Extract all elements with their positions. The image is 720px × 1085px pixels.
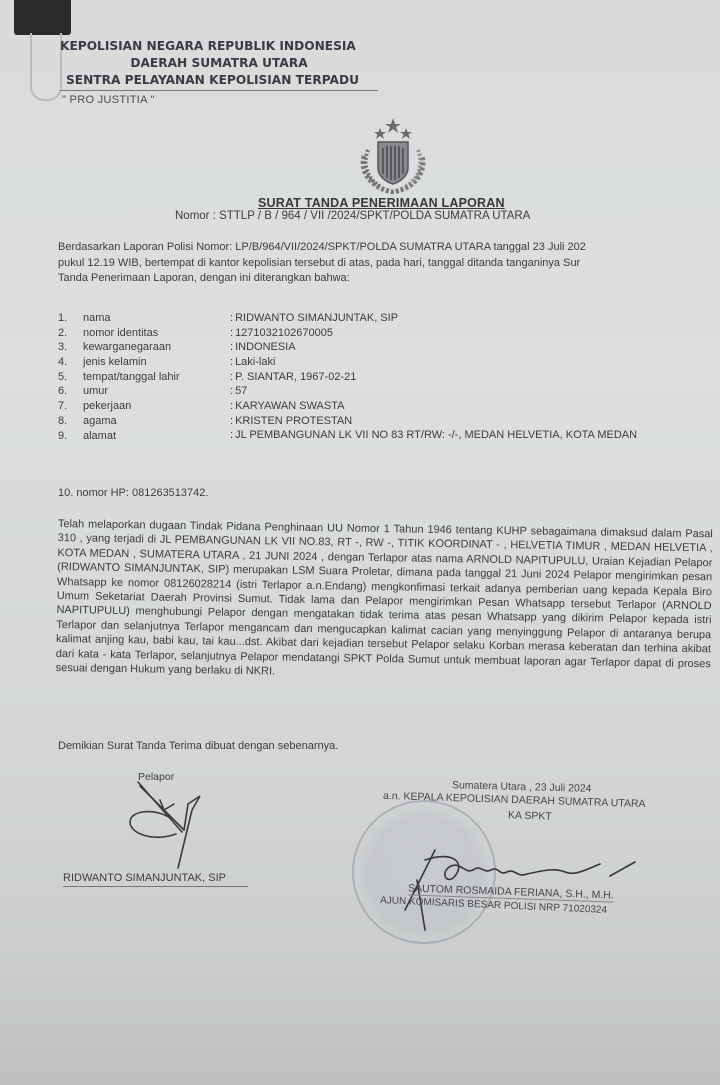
detail-row: 3.kewarganegaraanINDONESIA: [58, 340, 700, 355]
report-body: Telah melaporkan dugaan Tindak Pidana Pe…: [56, 517, 713, 686]
detail-row: 6.umur57: [58, 384, 700, 399]
detail-label: kewarganegaraan: [83, 340, 228, 355]
detail-number: 4.: [58, 355, 83, 370]
detail-value: 1271032102670005: [228, 326, 333, 341]
detail-number: 3.: [58, 340, 83, 355]
reporter-details: 1.namaRIDWANTO SIMANJUNTAK, SIP 2.nomor …: [58, 311, 700, 457]
detail-label: jenis kelamin: [83, 355, 228, 370]
detail-label: umur: [83, 384, 228, 399]
pro-justitia-tagline: " PRO JUSTITIA ": [62, 94, 155, 106]
detail-number: 1.: [58, 311, 83, 326]
detail-label: pekerjaan: [83, 399, 228, 414]
binder-clip-wire: [30, 33, 62, 101]
intro-line: pukul 12.19 WIB, bertempat di kantor kep…: [58, 256, 586, 272]
detail-label: tempat/tanggal lahir: [83, 370, 228, 385]
paper-shadow: [0, 940, 720, 1085]
detail-value: KARYAWAN SWASTA: [228, 399, 344, 414]
detail-row: 4.jenis kelaminLaki-laki: [58, 355, 700, 370]
detail-number: 5.: [58, 370, 83, 385]
detail-row: 9.alamatJL PEMBANGUNAN LK VII NO 83 RT/R…: [58, 429, 700, 457]
detail-row: 7.pekerjaanKARYAWAN SWASTA: [58, 399, 700, 414]
detail-number: 7.: [58, 399, 83, 414]
letterhead-line-3: SENTRA PELAYANAN KEPOLISIAN TERPADU: [60, 72, 378, 91]
detail-label: nomor identitas: [83, 326, 228, 341]
closing-statement: Demikian Surat Tanda Terima dibuat denga…: [58, 739, 338, 755]
detail-value: 57: [228, 384, 247, 399]
binder-clip-icon: [14, 0, 71, 35]
detail-number: 6.: [58, 384, 83, 399]
detail-value: RIDWANTO SIMANJUNTAK, SIP: [228, 311, 398, 326]
detail-number: 8.: [58, 414, 83, 429]
detail-label: alamat: [83, 429, 228, 457]
letterhead-line-1: KEPOLISIAN NEGARA REPUBLIK INDONESIA: [60, 38, 378, 55]
detail-number: 2.: [58, 326, 83, 341]
detail-number: 9.: [58, 429, 83, 457]
detail-value: P. SIANTAR, 1967-02-21: [228, 370, 356, 385]
phone-number: 10. nomor HP: 081263513742.: [58, 487, 208, 499]
detail-value: JL PEMBANGUNAN LK VII NO 83 RT/RW: -/-, …: [228, 429, 700, 457]
reporter-name: RIDWANTO SIMANJUNTAK, SIP: [63, 872, 248, 887]
detail-row: 8.agamaKRISTEN PROTESTAN: [58, 414, 700, 429]
document-title: SURAT TANDA PENERIMAAN LAPORAN: [258, 196, 505, 210]
intro-paragraph: Berdasarkan Laporan Polisi Nomor: LP/B/9…: [58, 240, 586, 287]
letterhead: KEPOLISIAN NEGARA REPUBLIK INDONESIA DAE…: [60, 38, 378, 91]
detail-row: 5.tempat/tanggal lahirP. SIANTAR, 1967-0…: [58, 370, 700, 385]
detail-value: KRISTEN PROTESTAN: [228, 414, 352, 429]
document-page: KEPOLISIAN NEGARA REPUBLIK INDONESIA DAE…: [0, 0, 720, 1085]
intro-line: Tanda Penerimaan Laporan, dengan ini dit…: [58, 271, 586, 287]
detail-row: 1.namaRIDWANTO SIMANJUNTAK, SIP: [58, 311, 700, 326]
police-emblem-icon: [350, 116, 436, 194]
document-number: Nomor : STTLP / B / 964 / VII /2024/SPKT…: [175, 210, 530, 222]
detail-label: agama: [83, 414, 228, 429]
detail-row: 2.nomor identitas1271032102670005: [58, 326, 700, 341]
letterhead-line-2: DAERAH SUMATRA UTARA: [60, 55, 378, 72]
signatory-subtitle: KA SPKT: [508, 809, 552, 822]
intro-line: Berdasarkan Laporan Polisi Nomor: LP/B/9…: [58, 240, 586, 256]
detail-value: Laki-laki: [228, 355, 275, 370]
detail-label: nama: [83, 311, 228, 326]
detail-value: INDONESIA: [228, 340, 296, 355]
